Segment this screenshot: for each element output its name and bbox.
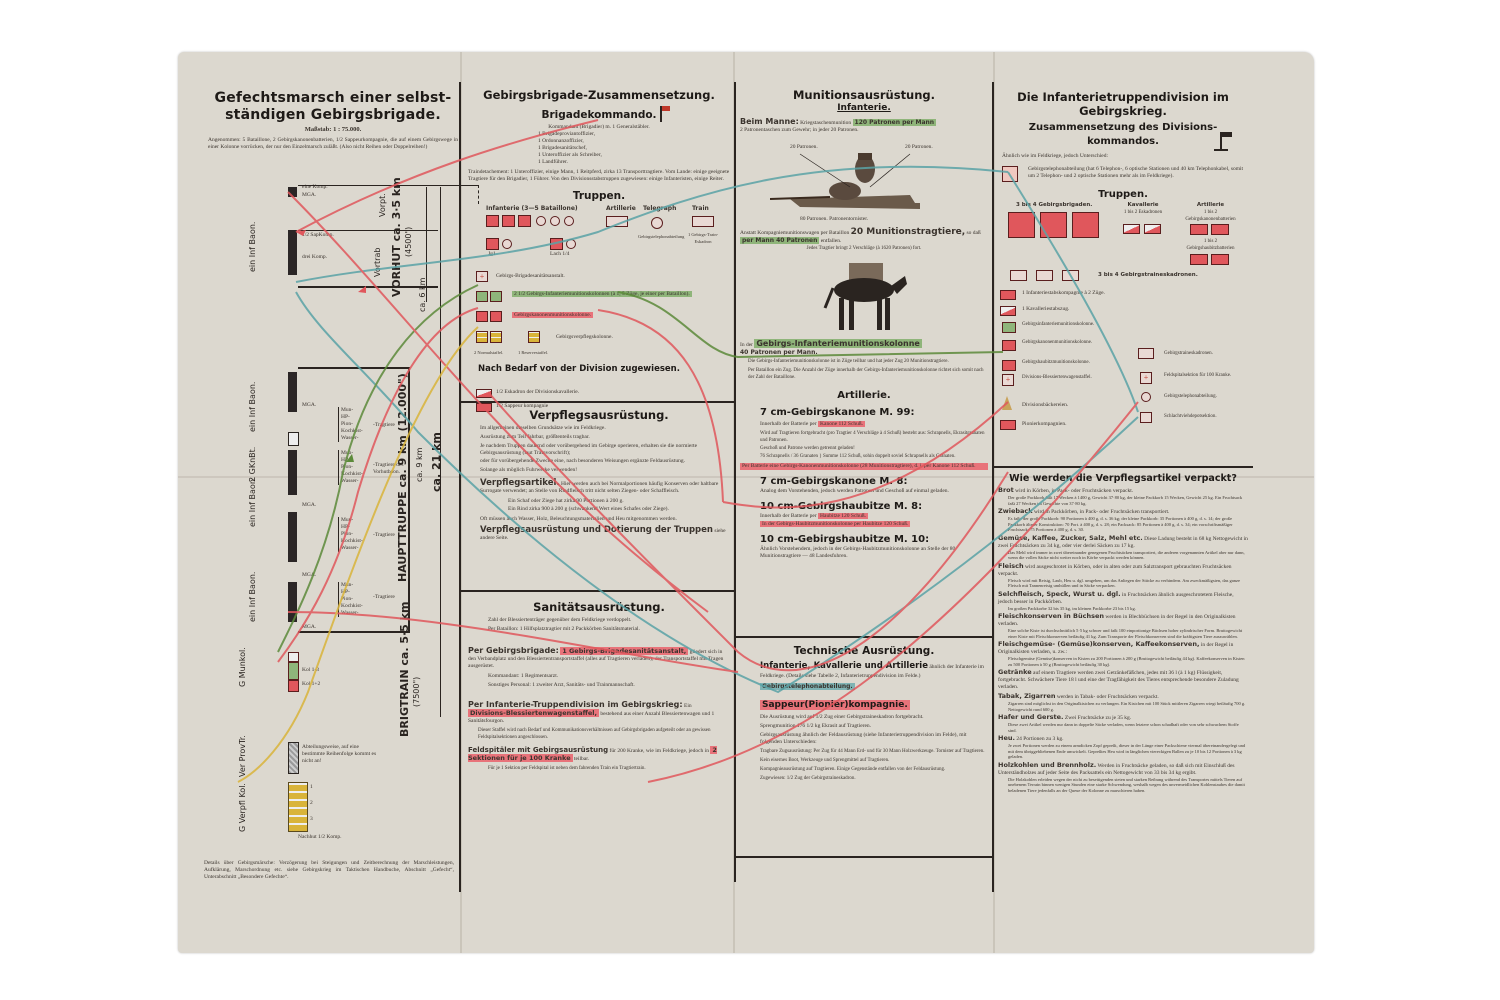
verpflkol-icon	[476, 331, 488, 343]
intro-text: Angenommen: 5 Bataillone, 2 Gebirgskanon…	[208, 137, 458, 151]
division-truppen-symbols: 3 bis 4 Gebirgsbrigaden. Kavallerie 1 bi…	[998, 202, 1248, 286]
distance-label: ca. 9 km	[415, 448, 424, 482]
vortrab-label: Vortrab	[373, 248, 382, 277]
brigadekommando-heading: Brigadekommando.	[468, 108, 730, 122]
train-icon	[1138, 348, 1154, 359]
brigtrain-label: BRIGTRAIN ca. 5·5 km	[398, 602, 411, 737]
panel-verpackung: Wie werden die Verpflegsartikel verpackt…	[998, 472, 1248, 793]
division-unit-list: 1 Infanteriestabskompagnie à 2 Züge. 1 K…	[998, 288, 1248, 478]
munkol-icon	[288, 680, 299, 692]
artillery-icon	[606, 216, 628, 227]
telephon-icon	[1141, 392, 1151, 402]
panel-infanterietruppendivision: Die Infanterietruppendivision im Gebirgs…	[998, 90, 1248, 478]
list-item: Tabak, Zigarren werden in Tabak- oder Fr…	[998, 693, 1248, 712]
battalion-icon	[486, 215, 499, 227]
panel-sanitaetsausruestung: Sanitätsausrüstung. Zahl der Blessierten…	[468, 600, 730, 772]
train-icon	[1062, 270, 1079, 281]
list-item: Zwieback wird in Packkörben, in Pack- od…	[998, 508, 1248, 533]
mg-icon	[550, 216, 560, 226]
column-divider	[734, 82, 736, 882]
pack-horse-icon	[819, 258, 909, 338]
kanmunkol-icon	[476, 311, 488, 322]
train-icon	[1036, 270, 1053, 281]
list-item: Getränke auf einem Tragtiere werden zwei…	[998, 669, 1248, 691]
bakery-icon	[1002, 396, 1012, 410]
truppen-heading: Truppen.	[468, 189, 730, 203]
flag-icon	[1220, 132, 1222, 150]
brigade-icon	[1008, 212, 1035, 238]
battalion-icon	[502, 215, 515, 227]
brigade-icon	[1040, 212, 1067, 238]
schlachtvieh-icon	[1140, 412, 1152, 423]
battalion-icon	[518, 215, 531, 227]
panel-verpflegsausruestung: Verpflegsausrüstung. Im allgemeinen dies…	[468, 408, 730, 542]
kommando-list: 1 Brigadeproviantoffizier, 1 Ordonnanzof…	[468, 131, 730, 166]
list-item: Selchfleisch, Speck, Wurst u. dgl. in Fr…	[998, 591, 1248, 612]
section-title: Technische Ausrüstung.	[740, 644, 988, 658]
list-item: Fleischkonserven in Büchsen werden in Bl…	[998, 613, 1248, 639]
soldier-figure-icon	[770, 149, 940, 219]
list-item: Heu. 24 Portionen zu 3 kg.Je zwei Portio…	[998, 735, 1248, 760]
list-item: Fleischgemüse- (Gemüse)konserven, Kaffee…	[998, 641, 1248, 667]
section-divider	[735, 636, 992, 638]
map-sheet: Gefechtsmarsch einer selbst- ständigen G…	[178, 52, 1314, 953]
nachhut-label: Nachhut 1/2 Komp.	[298, 834, 342, 841]
telegraph-icon	[651, 217, 663, 229]
panel-gefechtsmarsch: Gefechtsmarsch einer selbst- ständigen G…	[208, 90, 458, 151]
panel-title: Die Infanterietruppendivision im Gebirgs…	[998, 90, 1248, 118]
telephon-icon	[1002, 166, 1018, 182]
kanmunkol-icon	[490, 311, 502, 322]
vorhut-label: VORHUT ca. 3·5 km	[390, 177, 403, 297]
verpflkol-icon	[288, 782, 308, 832]
cavalry-icon	[476, 389, 492, 398]
unit-bar	[288, 230, 297, 275]
artillery-icon	[1190, 224, 1208, 235]
medical-cross-icon: +	[476, 271, 488, 282]
list-item: Hafer und Gerste. Zwei Fruchtsäcke zu je…	[998, 714, 1248, 733]
jaeger-icon	[486, 238, 499, 250]
soldier-illustration: 20 Patronen. 20 Patronen. 80 Patronen. P…	[740, 134, 988, 229]
section-title: Verpflegsausrüstung.	[468, 408, 730, 422]
train-diagram-lower: Abteilungsweise, auf eine bestimmte Reih…	[218, 742, 458, 832]
panel-title: Gefechtsmarsch einer selbst- ständigen G…	[208, 90, 458, 124]
vorhut-sub: (4500")	[404, 227, 413, 257]
list-item: Gemüse, Kaffee, Zucker, Salz, Mehl etc. …	[998, 535, 1248, 561]
verpackung-list: Brot wird in Körben, in Pack- oder Fruch…	[998, 487, 1248, 793]
panel-munitionsausruestung: Munitionsausrüstung. Infanterie. Beim Ma…	[740, 88, 988, 560]
munkol-icon	[288, 662, 299, 680]
mg-icon	[564, 216, 574, 226]
section-title: Wie werden die Verpflegsartikel verpackt…	[998, 472, 1248, 485]
panel-title: Gebirgsbrigade-Zusammensetzung.	[468, 88, 730, 102]
infmunkol-icon	[476, 291, 488, 302]
feldspital-icon: +	[1140, 372, 1152, 384]
train-icon	[1010, 270, 1027, 281]
brigade-icon	[1072, 212, 1099, 238]
section-title: Sanitätsausrüstung.	[468, 600, 730, 614]
train-icon	[692, 216, 714, 227]
infmunkol-icon	[490, 291, 502, 302]
verpflkol-icon	[528, 331, 540, 343]
cavalry-icon	[1144, 224, 1161, 234]
anstalten-list: + Gebirgs-Brigadesanitätsanstalt. 2 1/2 …	[468, 269, 730, 387]
footer-note: Details über Gebirgsmärsche: Verzögerung…	[204, 860, 454, 881]
section-divider	[460, 590, 734, 592]
artillery-icon	[1211, 224, 1229, 235]
truppen-symbols: Infanterie (3—5 Bataillone) Artillerie T…	[468, 203, 730, 263]
unit-bar	[288, 187, 297, 197]
distance-label: ca. 21 km	[430, 432, 443, 492]
unit-label: ein Inf Baon.	[248, 222, 257, 272]
panel-brigade-composition: Gebirgsbrigade-Zusammensetzung. Brigadek…	[468, 88, 730, 417]
march-column-diagram: eine Komp. MGA. 1/2 SapKomp. drei Komp. …	[218, 182, 448, 742]
howitzer-icon	[1211, 254, 1229, 265]
list-item: Brot wird in Körben, in Pack- oder Fruch…	[998, 487, 1248, 506]
verpflkol-icon	[490, 331, 502, 343]
sanitaet-icon	[288, 652, 299, 662]
scale: Maßstab: 1 : 75.000.	[208, 126, 458, 135]
column-divider	[992, 82, 994, 892]
flag-icon	[660, 106, 662, 122]
haupttruppe-label: HAUPTTRUPPE ca. 9 km (12.000")	[396, 373, 409, 582]
list-item: Fleisch wird ausgeschrotet in Körben, od…	[998, 563, 1248, 589]
cavalry-icon	[1123, 224, 1140, 234]
vorpt-label: Vorpt.	[378, 193, 387, 217]
panel-technische-ausruestung: Technische Ausrüstung. Infanterie, Kaval…	[740, 644, 988, 782]
panel-title: Munitionsausrüstung.	[740, 88, 988, 102]
howitzer-icon	[1190, 254, 1208, 265]
list-item: Holzkohlen und Brennholz. Werden in Fruc…	[998, 762, 1248, 794]
provtrain-icon	[288, 742, 299, 774]
mg-icon	[536, 216, 546, 226]
